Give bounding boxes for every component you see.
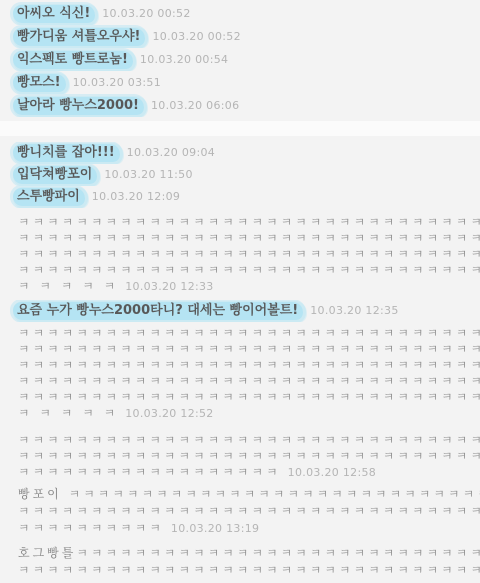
comment-timestamp: 10.03.20 12:58: [288, 466, 376, 479]
comment-timestamp: 10.03.20 12:35: [310, 304, 398, 317]
laugh-line: ㅋㅋㅋㅋㅋㅋㅋㅋㅋㅋㅋㅋㅋㅋㅋㅋㅋㅋㅋㅋㅋㅋㅋㅋㅋㅋㅋㅋㅋㅋㅋㅋㅋㅋㅋㅋㅋㅋㅋㅋ…: [0, 214, 480, 230]
section-divider: [0, 121, 480, 136]
laugh-text: ㅋㅋㅋㅋㅋㅋㅋㅋㅋㅋㅋㅋㅋㅋㅋㅋㅋㅋㅋㅋㅋㅋㅋㅋㅋㅋㅋㅋㅋㅋㅋㅋ: [18, 449, 480, 463]
comment-timestamp: 10.03.20 12:52: [125, 407, 213, 420]
highlight-mark: 빵가디움 셔틀오우샤!: [13, 28, 145, 46]
comment-row: 아씨오 식신!10.03.20 00:52: [0, 2, 480, 25]
comment-row: 빵포이 ㅋㅋㅋㅋㅋㅋㅋㅋㅋㅋㅋㅋㅋㅋㅋㅋㅋㅋㅋㅋㅋㅋㅋㅋㅋㅋㅋㅋㅋㅋㅋㅋㅋㅋㅋㅋ…: [0, 486, 480, 537]
comment-list-bottom: 빵니치를 잡아!!!10.03.20 09:04 입닥쳐빵포이10.03.20 …: [0, 136, 480, 583]
comment-text: 빵모스!: [17, 75, 61, 90]
comment-text: 스투빵파이: [17, 189, 80, 204]
laugh-text: ㅋㅋㅋㅋㅋㅋㅋㅋㅋㅋㅋㅋㅋㅋㅋㅋㅋㅋㅋㅋㅋㅋㅋㅋㅋㅋㅋㅋㅋㅋㅋㅋㅋㅋㅋㅋㅋ: [18, 563, 480, 577]
comment-row: 익스펙토 빵트로눔!10.03.20 00:54: [0, 48, 480, 71]
comment-row: 빵니치를 잡아!!!10.03.20 09:04: [0, 142, 480, 164]
laugh-line: ㅋㅋㅋㅋㅋㅋㅋㅋㅋㅋㅋㅋㅋㅋㅋㅋㅋㅋㅋㅋㅋㅋㅋㅋㅋㅋㅋㅋㅋㅋㅋㅋㅋㅋㅋㅋㅋㅋㅋㅋ…: [0, 325, 480, 341]
laugh-text: ㅋㅋㅋㅋㅋㅋㅋㅋㅋㅋ: [18, 521, 164, 535]
comment-row: 요즘 누가 빵누스2000타니? 대세는 빵이어볼트!10.03.20 12:3…: [0, 300, 480, 322]
laugh-text: ㅋ ㅋ ㅋ ㅋ ㅋ: [18, 279, 118, 293]
comment-row: ㅋㅋㅋㅋㅋㅋㅋㅋㅋㅋㅋㅋㅋㅋㅋㅋㅋㅋㅋㅋㅋㅋㅋㅋㅋㅋㅋㅋㅋㅋㅋㅋㅋㅋㅋㅋㅋㅋㅋㅋ…: [0, 214, 480, 294]
laugh-line: ㅋㅋㅋㅋㅋㅋㅋㅋㅋㅋㅋㅋㅋㅋㅋㅋㅋㅋㅋㅋㅋㅋㅋㅋㅋㅋㅋㅋㅋㅋㅋㅋㅋㅋㅋㅋㅋ호그빵…: [0, 562, 480, 579]
laugh-line: ㅋ ㅋ ㅋ ㅋ ㅋ10.03.20 12:33: [0, 278, 480, 294]
laugh-text: ㅋㅋㅋㅋㅋㅋㅋㅋㅋㅋㅋㅋㅋㅋㅋㅋㅋㅋ: [18, 465, 281, 479]
comment-text: 익스펙토 빵트로눔!: [17, 52, 128, 67]
comment-text: 빵니치를 잡아!!!: [17, 145, 115, 160]
laugh-line: ㅋㅋㅋㅋㅋㅋㅋㅋㅋㅋㅋㅋㅋㅋㅋㅋㅋㅋㅋㅋㅋㅋㅋㅋㅋㅋㅋㅋㅋㅋㅋㅋㅋㅋㅋㅋㅋㅋㅋㅋ…: [0, 503, 480, 520]
comment-timestamp: 10.03.20 13:19: [171, 522, 259, 535]
highlight-mark: 빵모스!: [13, 74, 66, 92]
highlight-mark: 익스펙토 빵트로눔!: [13, 51, 133, 69]
comment-text: 빵가디움 셔틀오우샤!: [17, 29, 140, 44]
comment-text: 빵포이: [18, 487, 62, 501]
laugh-line: ㅋ ㅋ ㅋ ㅋ ㅋ10.03.20 12:52: [0, 405, 480, 421]
comment-row: ㅋㅋㅋㅋㅋㅋㅋㅋㅋㅋㅋㅋㅋㅋㅋㅋㅋㅋㅋㅋㅋㅋㅋㅋㅋㅋㅋㅋㅋㅋㅋㅋㅋㅋㅋㅋㅋㅋㅋㅋ…: [0, 325, 480, 421]
comment-timestamp: 10.03.20 00:52: [102, 7, 190, 20]
comment-text: 호그빵틀: [18, 546, 76, 560]
laugh-line: ㅋㅋㅋㅋㅋㅋㅋㅋㅋㅋㅋㅋㅋㅋㅋㅋㅋㅋㅋㅋㅋㅋㅋㅋㅋㅋㅋㅋㅋㅋㅋㅋㅋㅋㅋㅋㅋㅋㅋㅋ…: [0, 341, 480, 357]
highlight-mark: 아씨오 식신!: [13, 5, 95, 23]
comment-timestamp: 10.03.20 09:04: [127, 146, 215, 159]
comment-timestamp: 10.03.20 12:33: [125, 280, 213, 293]
laugh-line: ㅋㅋㅋㅋㅋㅋㅋㅋㅋㅋ10.03.20 13:19: [0, 520, 480, 537]
comment-row: 호그빵틀ㅋㅋㅋㅋㅋㅋㅋㅋㅋㅋㅋㅋㅋㅋㅋㅋㅋㅋㅋㅋㅋㅋㅋㅋㅋㅋㅋㅋㅋㅋㅋㅋㅋㅋㅋㅋ…: [0, 545, 480, 579]
highlight-mark: 입닥쳐빵포이: [13, 166, 97, 184]
comment-timestamp: 10.03.20 00:52: [152, 30, 240, 43]
highlight-mark: 스투빵파이: [13, 188, 85, 206]
comment-text: 입닥쳐빵포이: [17, 167, 92, 182]
laugh-text: ㅋㅋㅋㅋㅋㅋㅋㅋㅋㅋㅋㅋㅋㅋㅋㅋㅋㅋㅋㅋㅋㅋㅋㅋㅋㅋㅋㅋㅋㅋㅋㅋㅋㅋㅋㅋㅋㅋㅋㅋ…: [69, 487, 480, 501]
highlight-mark: 빵니치를 잡아!!!: [13, 144, 120, 162]
highlight-mark: 날아라 빵누스2000!: [13, 97, 144, 115]
comment-screenshot: 아씨오 식신!10.03.20 00:52 빵가디움 셔틀오우샤!10.03.2…: [0, 0, 480, 583]
laugh-line: 빵포이 ㅋㅋㅋㅋㅋㅋㅋㅋㅋㅋㅋㅋㅋㅋㅋㅋㅋㅋㅋㅋㅋㅋㅋㅋㅋㅋㅋㅋㅋㅋㅋㅋㅋㅋㅋㅋ…: [0, 486, 480, 503]
laugh-line: ㅋㅋㅋㅋㅋㅋㅋㅋㅋㅋㅋㅋㅋㅋㅋㅋㅋㅋㅋㅋㅋㅋㅋㅋㅋㅋㅋㅋㅋㅋㅋㅋㅋㅋㅋㅋㅋㅋㅋㅋ…: [0, 357, 480, 373]
comment-row: 스투빵파이10.03.20 12:09: [0, 186, 480, 208]
laugh-line: ㅋㅋㅋㅋㅋㅋㅋㅋㅋㅋㅋㅋㅋㅋㅋㅋㅋㅋㅋㅋㅋㅋㅋㅋㅋㅋㅋㅋㅋㅋㅋㅋ자! 가자! 미…: [0, 448, 480, 464]
comment-row: 날아라 빵누스2000!10.03.20 06:06: [0, 94, 480, 117]
laugh-line: ㅋㅋㅋㅋㅋㅋㅋㅋㅋㅋㅋㅋㅋㅋㅋㅋㅋㅋㅋㅋㅋㅋㅋㅋㅋㅋㅋㅋㅋㅋㅋㅋㅋㅋㅋㅋㅋㅋㅋㅋ…: [0, 373, 480, 389]
comment-row: 빵모스!10.03.20 03:51: [0, 71, 480, 94]
comment-text: 요즘 누가 빵누스2000타니? 대세는 빵이어볼트!: [17, 303, 298, 318]
laugh-line: 호그빵틀ㅋㅋㅋㅋㅋㅋㅋㅋㅋㅋㅋㅋㅋㅋㅋㅋㅋㅋㅋㅋㅋㅋㅋㅋㅋㅋㅋㅋㅋㅋㅋㅋㅋㅋㅋㅋ…: [0, 545, 480, 562]
comment-timestamp: 10.03.20 06:06: [151, 99, 239, 112]
highlight-mark: 요즘 누가 빵누스2000타니? 대세는 빵이어볼트!: [13, 302, 303, 320]
laugh-line: ㅋㅋㅋㅋㅋㅋㅋㅋㅋㅋㅋㅋㅋㅋㅋㅋㅋㅋㅋㅋㅋㅋㅋㅋㅋㅋㅋㅋㅋㅋㅋㅋㅋㅋㅋㅋㅋㅋㅋㅋ…: [0, 389, 480, 405]
comment-timestamp: 10.03.20 12:09: [92, 190, 180, 203]
comment-row: ㅋㅋㅋㅋㅋㅋㅋㅋㅋㅋㅋㅋㅋㅋㅋㅋㅋㅋㅋㅋㅋㅋㅋㅋㅋㅋㅋㅋㅋㅋㅋㅋㅋㅋㅋㅋㅋㅋㅋㅋ…: [0, 432, 480, 480]
comment-text: 날아라 빵누스2000!: [17, 98, 139, 113]
comment-row: 빵가디움 셔틀오우샤!10.03.20 00:52: [0, 25, 480, 48]
comment-timestamp: 10.03.20 11:50: [104, 168, 192, 181]
laugh-line: ㅋㅋㅋㅋㅋㅋㅋㅋㅋㅋㅋㅋㅋㅋㅋㅋㅋㅋㅋㅋㅋㅋㅋㅋㅋㅋㅋㅋㅋㅋㅋㅋㅋㅋㅋㅋㅋㅋㅋㅋ…: [0, 230, 480, 246]
laugh-line: ㅋㅋㅋㅋㅋㅋㅋㅋㅋㅋㅋㅋㅋㅋㅋㅋㅋㅋㅋㅋㅋㅋㅋㅋㅋㅋㅋㅋㅋㅋㅋㅋㅋㅋㅋㅋㅋㅋㅋㅋ…: [0, 432, 480, 448]
comment-timestamp: 10.03.20 03:51: [73, 76, 161, 89]
laugh-text: ㅋㅋㅋㅋㅋㅋㅋㅋㅋㅋㅋㅋㅋㅋㅋㅋㅋㅋㅋㅋㅋㅋㅋㅋㅋㅋㅋㅋㅋㅋㅋㅋㅋㅋㅋㅋㅋㅋㅋㅋ…: [76, 546, 480, 560]
laugh-line: ㅋㅋㅋㅋㅋㅋㅋㅋㅋㅋㅋㅋㅋㅋㅋㅋㅋㅋㅋㅋㅋㅋㅋㅋㅋㅋㅋㅋㅋㅋㅋㅋㅋㅋㅋㅋㅋㅋㅋㅋ…: [0, 262, 480, 278]
comment-text: 아씨오 식신!: [17, 6, 90, 21]
laugh-text: ㅋ ㅋ ㅋ ㅋ ㅋ: [18, 406, 118, 420]
laugh-line: ㅋㅋㅋㅋㅋㅋㅋㅋㅋㅋㅋㅋㅋㅋㅋㅋㅋㅋㅋㅋㅋㅋㅋㅋㅋㅋㅋㅋㅋㅋㅋㅋㅋㅋㅋㅋㅋㅋㅋㅋ…: [0, 246, 480, 262]
comment-list-top: 아씨오 식신!10.03.20 00:52 빵가디움 셔틀오우샤!10.03.2…: [0, 0, 480, 121]
comment-row: 입닥쳐빵포이10.03.20 11:50: [0, 164, 480, 186]
laugh-line: ㅋㅋㅋㅋㅋㅋㅋㅋㅋㅋㅋㅋㅋㅋㅋㅋㅋㅋ10.03.20 12:58: [0, 464, 480, 480]
comment-timestamp: 10.03.20 00:54: [140, 53, 228, 66]
